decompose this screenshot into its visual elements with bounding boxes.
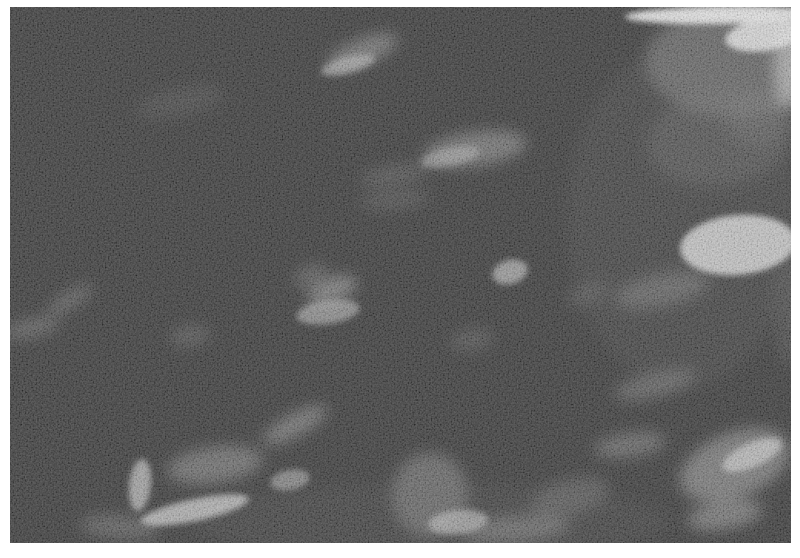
sem-micrograph-image (10, 7, 791, 543)
film-grain-overlay (10, 7, 791, 543)
scanned-page (0, 0, 800, 558)
